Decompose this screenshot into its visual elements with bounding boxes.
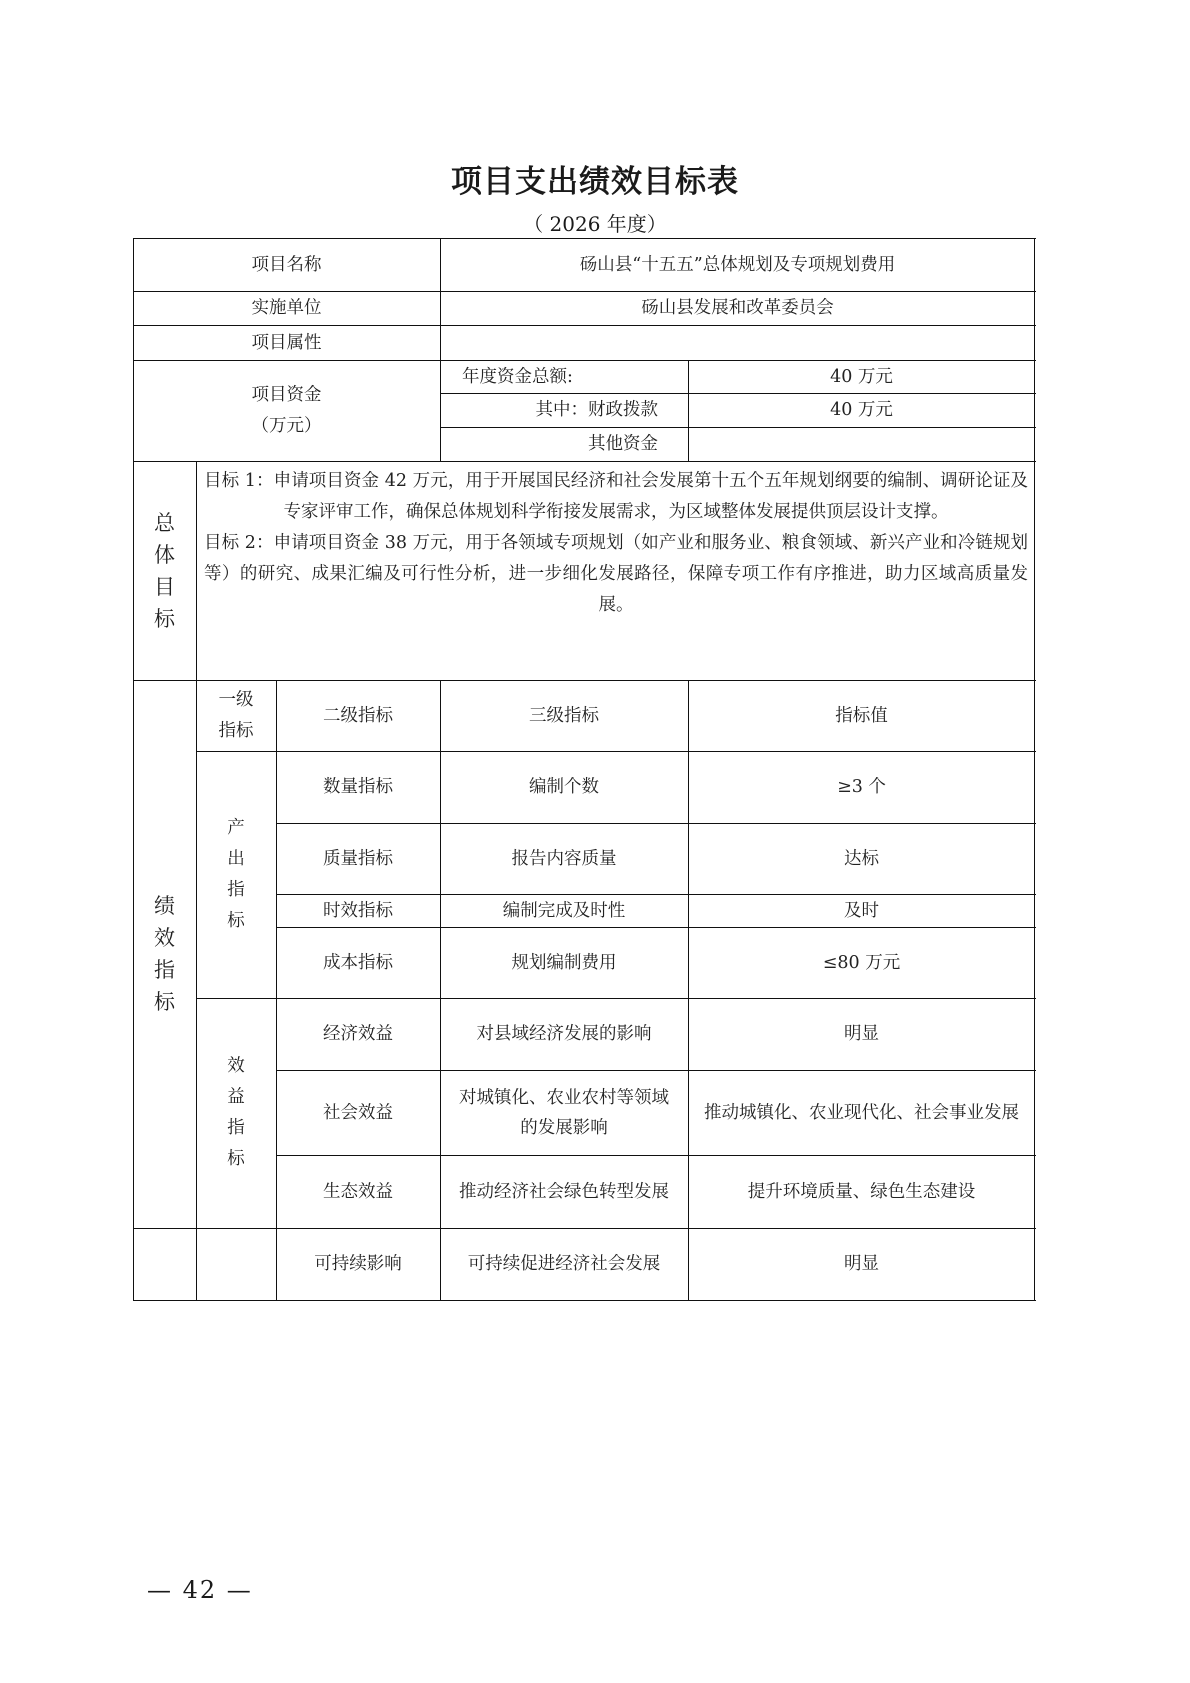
table-row-value: 提升环境质量、绿色生态建设 <box>688 1155 1035 1228</box>
label-char: 指 <box>227 1113 245 1144</box>
annual-total-value: 40 万元 <box>688 360 1035 393</box>
label-char: 总 <box>154 507 175 539</box>
table-row-value: 明显 <box>688 998 1035 1070</box>
other-funds-value <box>688 427 1035 461</box>
unit-label: 实施单位 <box>133 291 440 325</box>
table-row-value: 达标 <box>688 823 1035 894</box>
goal-1: 目标 1：申请项目资金 42 万元，用于开展国民经济和社会发展第十五个五年规划纲… <box>204 466 1028 528</box>
table-row-level3: 规划编制费用 <box>440 927 688 998</box>
output-indicators-label: 产 出 指 标 <box>196 751 276 998</box>
label-char: 标 <box>154 986 175 1018</box>
funds-label-cell: 项目资金 （万元） <box>133 360 440 461</box>
label-char: 指 <box>227 875 245 906</box>
table-row-level2: 质量指标 <box>276 823 440 894</box>
label-char: 标 <box>227 1144 245 1175</box>
table-row-level3: 对城镇化、农业农村等领域的发展影响 <box>440 1070 688 1155</box>
funds-label: 项目资金 <box>252 380 322 411</box>
overall-goals-text: 目标 1：申请项目资金 42 万元，用于开展国民经济和社会发展第十五个五年规划纲… <box>204 466 1028 621</box>
label-char: 标 <box>227 906 245 937</box>
funds-unit: （万元） <box>252 411 322 442</box>
goal-2: 目标 2：申请项目资金 38 万元，用于各领域专项规划（如产业和服务业、粮食领域… <box>204 528 1028 621</box>
overall-goals-label: 总 体 目 标 <box>133 461 196 680</box>
header-level2: 二级指标 <box>276 680 440 751</box>
attribute-label: 项目属性 <box>133 325 440 360</box>
table-row-level2: 经济效益 <box>276 998 440 1070</box>
table-row-value: 及时 <box>688 894 1035 927</box>
fiscal-allocation-label: 其中：财政拨款 <box>440 393 688 427</box>
table-row-level3: 编制完成及时性 <box>440 894 688 927</box>
document-title: 项目支出绩效目标表 <box>0 156 1190 201</box>
header-text: 指标 <box>219 716 254 747</box>
table-row-level2: 时效指标 <box>276 894 440 927</box>
annual-total-label: 年度资金总额: <box>440 360 688 393</box>
table-row-level3: 对县域经济发展的影响 <box>440 998 688 1070</box>
header-value: 指标值 <box>688 680 1035 751</box>
table-row-value: ≥3 个 <box>688 751 1035 823</box>
table-border <box>133 1300 1036 1301</box>
label-char: 指 <box>154 954 175 986</box>
header-text: 一级 <box>219 685 254 716</box>
row-divider <box>133 461 1036 462</box>
fiscal-allocation-value: 40 万元 <box>688 393 1035 427</box>
label-char: 效 <box>227 1051 245 1082</box>
project-name-value: 砀山县“十五五”总体规划及专项规划费用 <box>440 238 1035 291</box>
other-funds-label: 其他资金 <box>440 427 688 461</box>
table-row-level3: 推动经济社会绿色转型发展 <box>440 1155 688 1228</box>
label-char: 出 <box>227 844 245 875</box>
project-name-label: 项目名称 <box>133 238 440 291</box>
table-row-level2: 数量指标 <box>276 751 440 823</box>
page-number: — 42 — <box>147 1576 253 1604</box>
table-row-level2: 可持续影响 <box>276 1228 440 1300</box>
table-row-level2: 成本指标 <box>276 927 440 998</box>
table-row-level2: 社会效益 <box>276 1070 440 1155</box>
header-level3: 三级指标 <box>440 680 688 751</box>
label-char: 产 <box>227 813 245 844</box>
table-row-value: 明显 <box>688 1228 1035 1300</box>
label-char: 效 <box>154 922 175 954</box>
benefit-indicators-label: 效 益 指 标 <box>196 998 276 1228</box>
performance-indicators-label: 绩 效 指 标 <box>133 680 196 1228</box>
table-row-level2: 生态效益 <box>276 1155 440 1228</box>
unit-value: 砀山县发展和改革委员会 <box>440 291 1035 325</box>
table-row-level3: 报告内容质量 <box>440 823 688 894</box>
label-char: 绩 <box>154 890 175 922</box>
table-row-value: ≤80 万元 <box>688 927 1035 998</box>
table-row-value: 推动城镇化、农业现代化、社会事业发展 <box>688 1070 1035 1155</box>
document-subtitle: （ 2026 年度） <box>0 208 1190 237</box>
attribute-value <box>440 325 1035 360</box>
label-char: 益 <box>227 1082 245 1113</box>
table-row-level3: 编制个数 <box>440 751 688 823</box>
table-row-level3: 可持续促进经济社会发展 <box>440 1228 688 1300</box>
label-char: 目 <box>154 571 175 603</box>
label-char: 体 <box>154 539 175 571</box>
header-level1: 一级 指标 <box>196 680 276 751</box>
label-char: 标 <box>154 603 175 635</box>
